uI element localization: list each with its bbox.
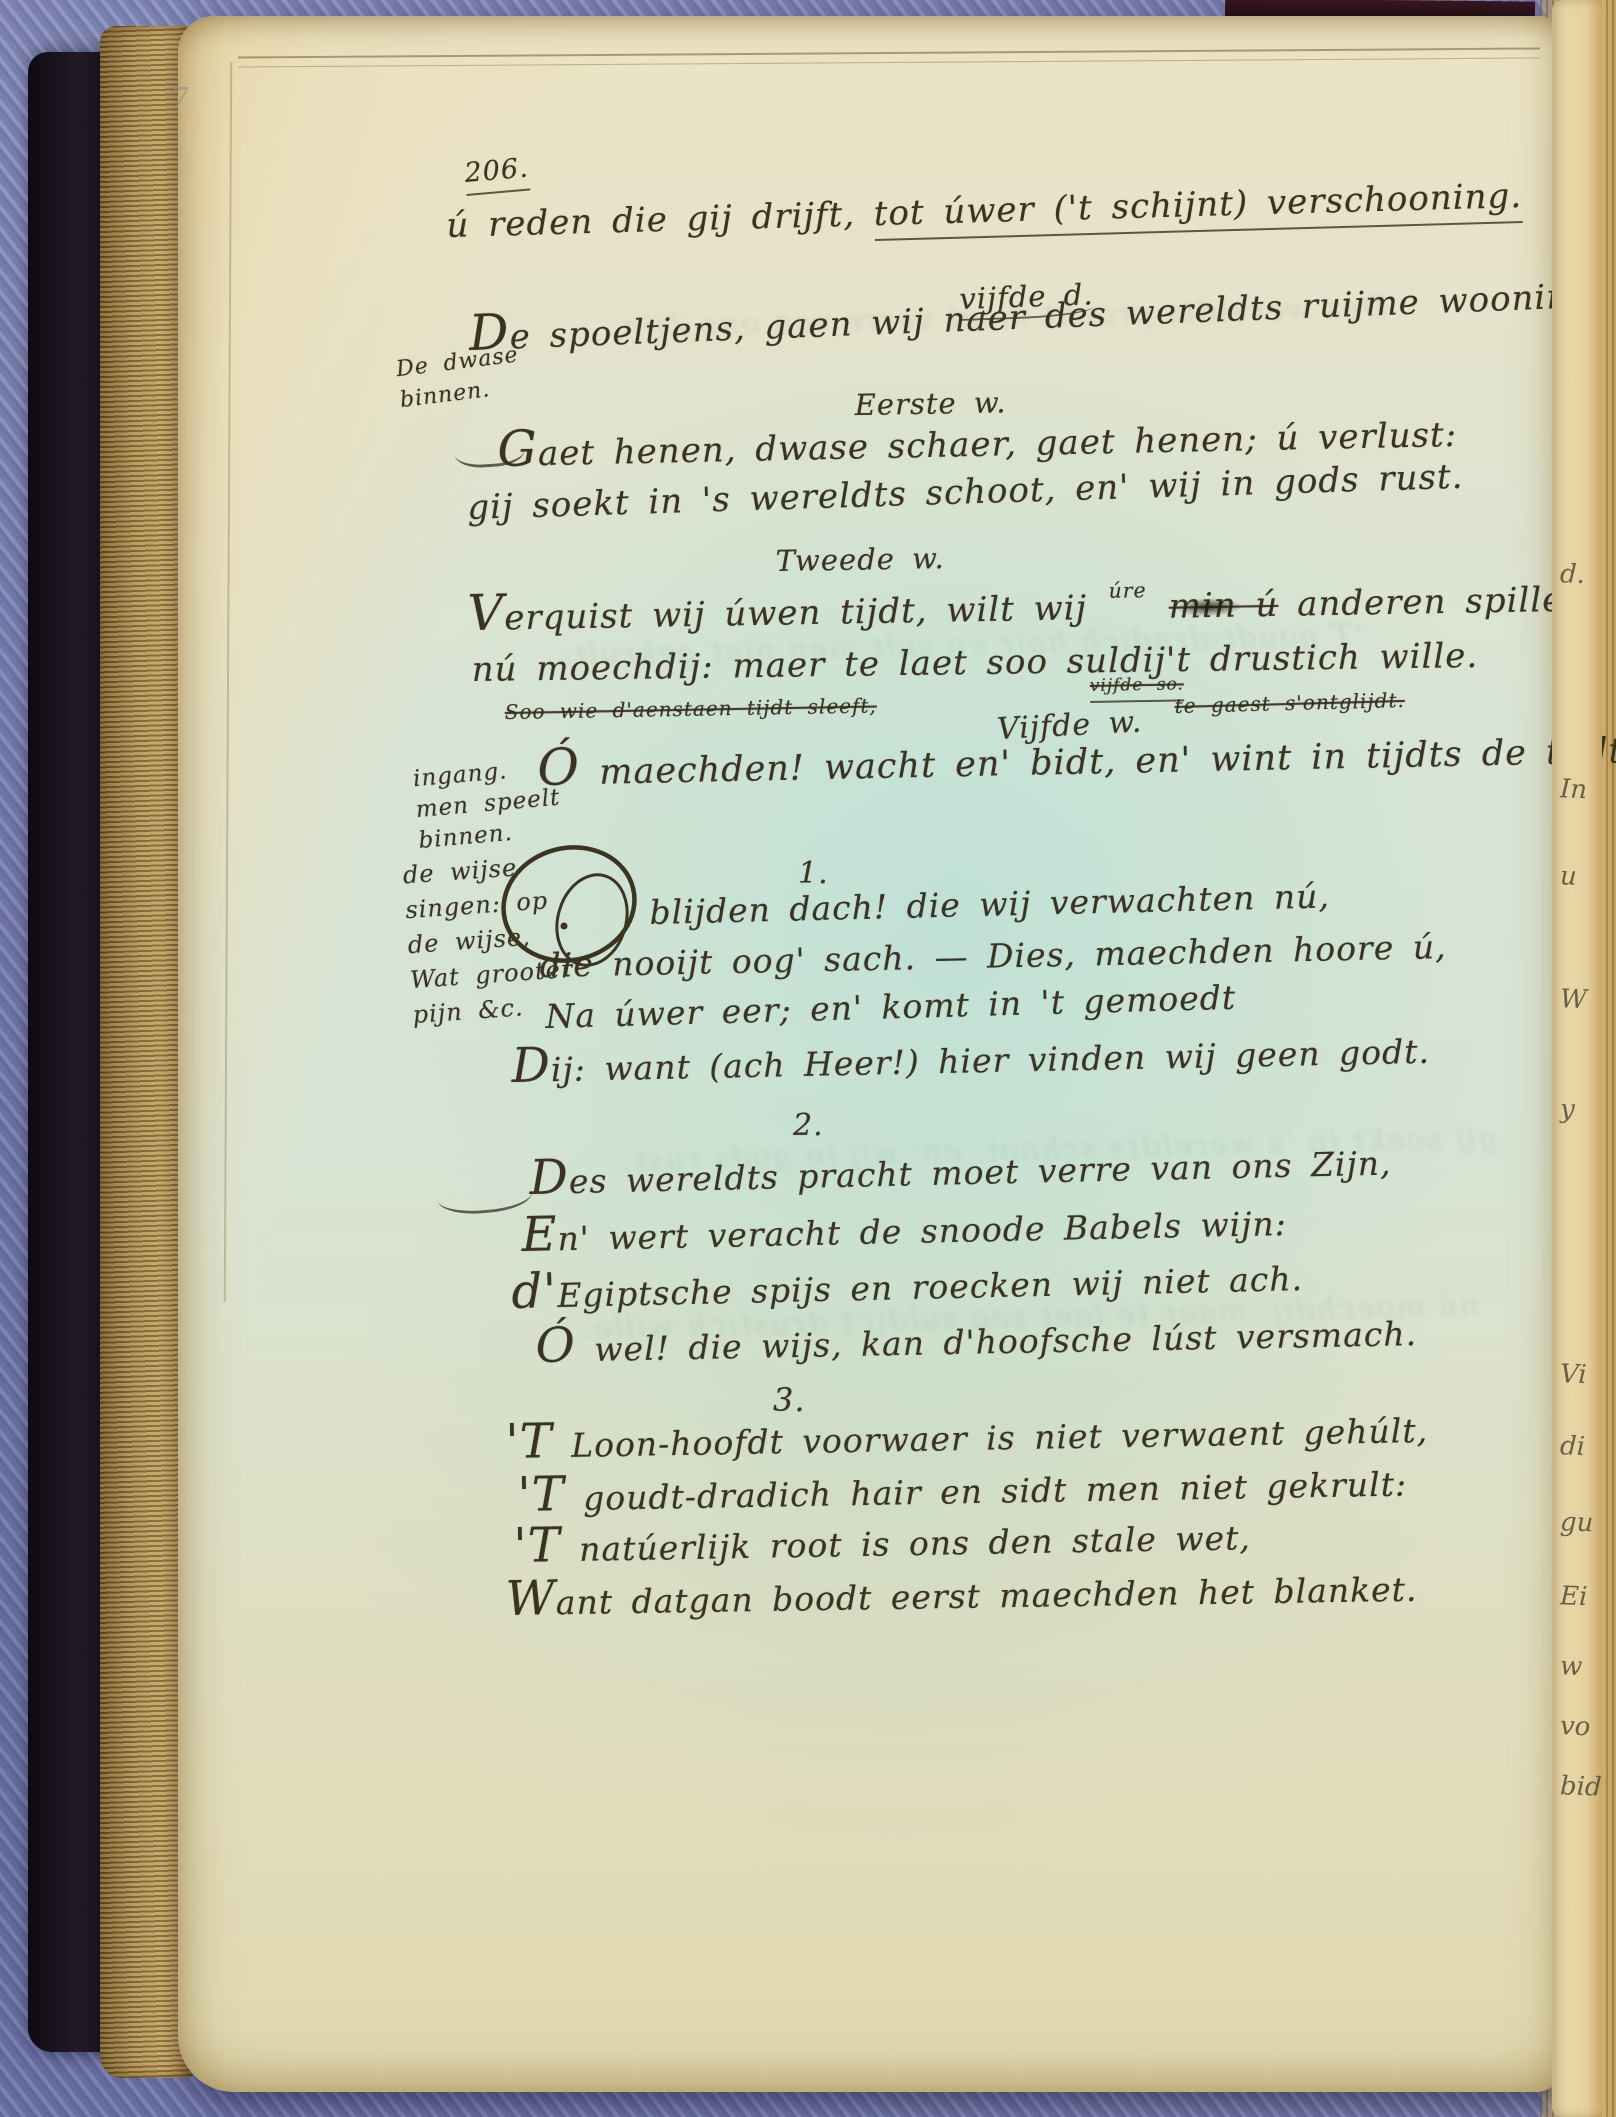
edge-text-fragment: u [1559,861,1604,893]
edge-text-fragment: vo [1559,1711,1604,1743]
edge-text-fragment: Vi [1559,1359,1604,1391]
page-number-text: 206. [463,153,530,196]
edge-text-fragment: di [1559,1431,1604,1463]
stanza-number: 3. [773,1381,806,1419]
edge-text-fragment: w [1559,1651,1604,1683]
edge-text-fragment: y [1559,1094,1604,1126]
stanza-number: 1. [798,856,829,891]
edge-text-fragment: gu [1559,1507,1604,1539]
page-number: 206. [463,153,530,189]
edge-text-fragment: W [1559,984,1604,1016]
line-text: anderen spille; [1297,580,1576,625]
edge-text-fragment: d. [1559,559,1604,591]
edge-text-fragment: In [1559,774,1604,806]
manuscript-photo: Des wereldts pracht moet verre van ons Z… [0,0,1616,2117]
section-heading-tweede: Tweede w. [775,541,945,578]
inserted-word: úre [1108,578,1146,603]
heading-text: vijfde so. [1090,674,1184,703]
edge-text-fragment: bid [1559,1771,1604,1803]
edge-text-fragment: Ei [1559,1581,1604,1613]
stanza-number: 2. [793,1108,824,1143]
struck-word: min ú [1168,585,1278,627]
section-heading-eerste: Eerste w. [854,385,1006,422]
pencil-mark: 7 [170,82,189,117]
struck-small-heading: vijfde so. [1090,674,1184,696]
